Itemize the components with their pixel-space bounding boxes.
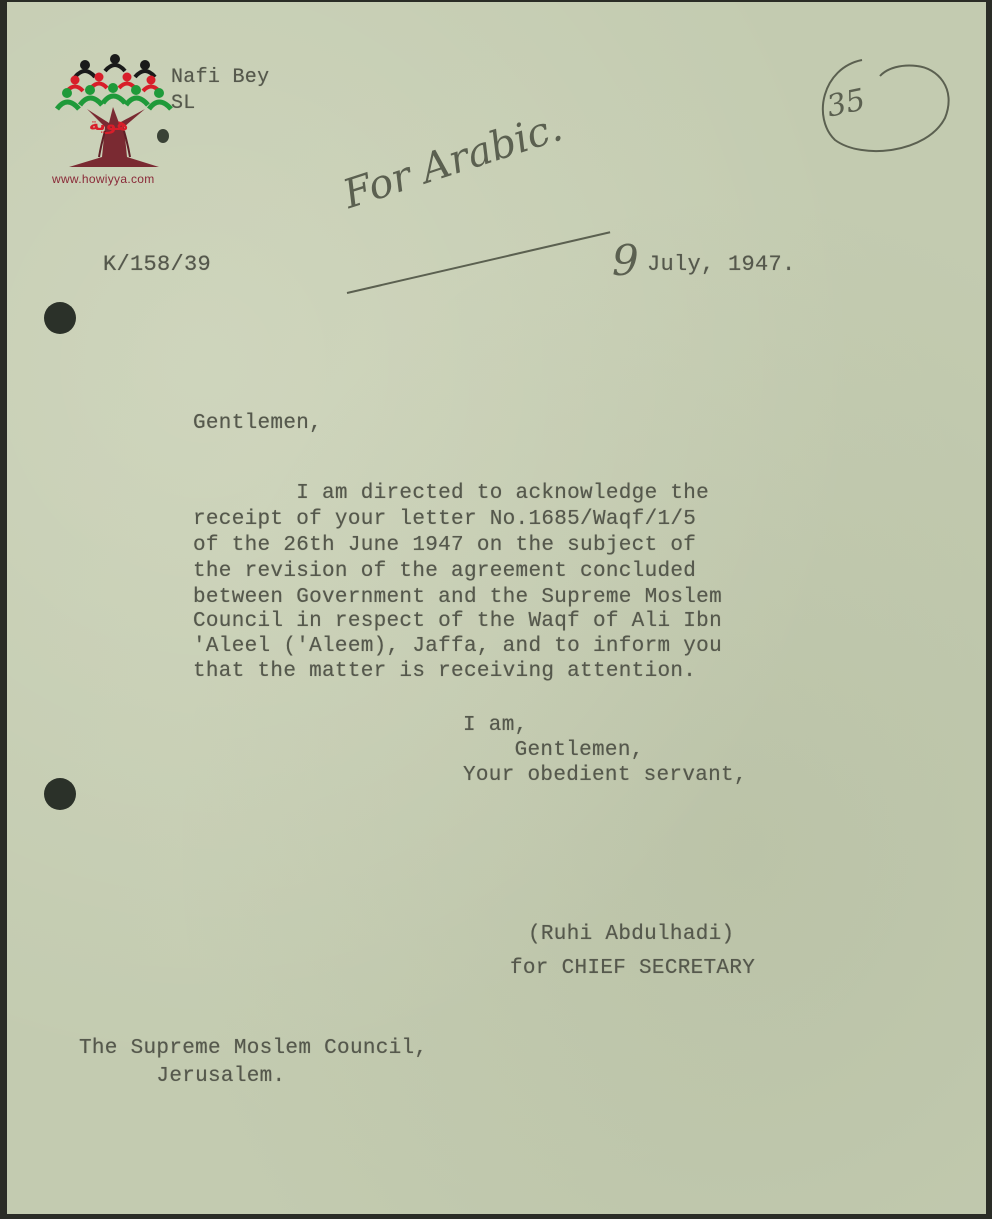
document-page: هوية www.howiyya.com Nafi Bey SL 35 K/15…	[7, 2, 986, 1214]
routing-initials: SL	[171, 92, 196, 115]
body-line: I am directed to acknowledge the	[193, 482, 709, 505]
body-line: 'Aleel ('Aleem), Jaffa, and to inform yo…	[193, 635, 722, 658]
logo-arabic-text: هوية	[89, 115, 128, 135]
date-text: July, 1947.	[647, 252, 796, 277]
closing-line: I am,	[463, 714, 528, 737]
body-line: of the 26th June 1947 on the subject of	[193, 534, 696, 557]
closing-line: Your obedient servant,	[463, 764, 747, 787]
tree-logo-icon	[47, 47, 182, 172]
punch-hole	[44, 302, 76, 334]
signatory-name: (Ruhi Abdulhadi)	[528, 923, 734, 946]
body-line: Council in respect of the Waqf of Ali Ib…	[193, 610, 722, 633]
addressee-line: The Supreme Moslem Council,	[79, 1037, 427, 1060]
body-line: the revision of the agreement concluded	[193, 560, 696, 583]
watermark-url: www.howiyya.com	[52, 172, 155, 186]
reference-number: K/158/39	[103, 252, 211, 277]
closing-line: Gentlemen,	[463, 739, 644, 762]
handwritten-note: For Arabic.	[338, 104, 568, 218]
signatory-title: for CHIEF SECRETARY	[510, 957, 755, 980]
addressee-line: Jerusalem.	[79, 1065, 285, 1088]
howiyya-logo: هوية	[47, 47, 182, 192]
underline-stroke	[347, 231, 611, 294]
body-line: receipt of your letter No.1685/Waqf/1/5	[193, 508, 696, 531]
ink-blot	[157, 129, 169, 143]
punch-hole	[44, 778, 76, 810]
date-day: 9	[612, 236, 639, 285]
salutation: Gentlemen,	[193, 412, 322, 435]
routing-name: Nafi Bey	[171, 66, 269, 89]
body-line: that the matter is receiving attention.	[193, 660, 696, 683]
body-line: between Government and the Supreme Mosle…	[193, 586, 722, 609]
